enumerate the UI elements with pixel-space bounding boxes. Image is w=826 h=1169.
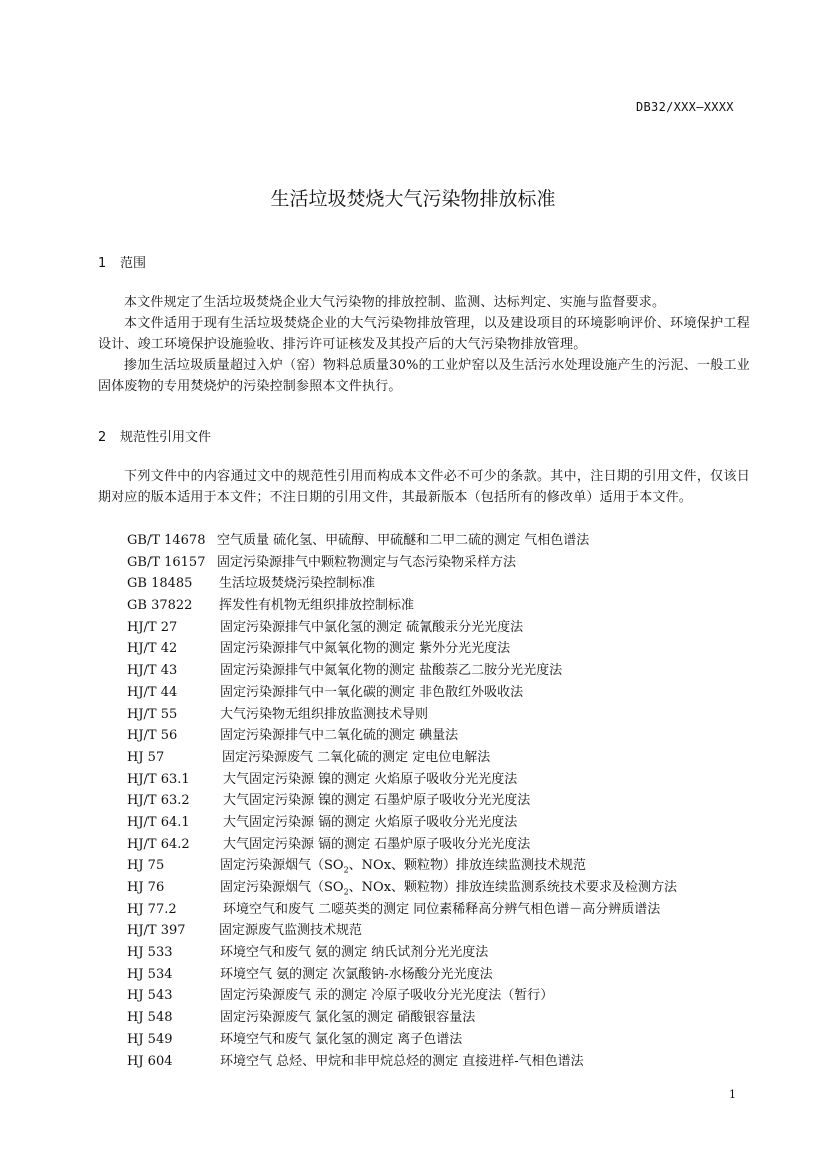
reference-code: HJ/T 42 (127, 638, 177, 660)
reference-item: HJ 75固定污染源烟气（SO2、NOx、颗粒物）排放连续监测技术规范 (127, 855, 757, 877)
reference-item: HJ/T 43固定污染源排气中氮氧化物的测定 盐酸萘乙二胺分光光度法 (127, 660, 757, 682)
reference-item: HJ/T 27固定污染源排气中氯化氢的测定 硫氰酸汞分光光度法 (127, 617, 757, 639)
reference-title: 环境空气和废气 氨的测定 纳氏试剂分光光度法 (220, 942, 488, 964)
reference-title-part: 、NOx、颗粒物）排放连续监测技术规范 (349, 858, 586, 873)
reference-code: HJ 534 (127, 964, 173, 986)
reference-item: HJ/T 56固定污染源排气中二氧化硫的测定 碘量法 (127, 725, 757, 747)
paragraph: 掺加生活垃圾质量超过入炉（窑）物料总质量30%的工业炉窑以及生活污水处理设施产生… (98, 355, 750, 397)
reference-title: 环境空气和废气 氯化氢的测定 离子色谱法 (220, 1029, 462, 1051)
reference-item: HJ 57固定污染源废气 二氧化硫的测定 定电位电解法 (127, 747, 757, 769)
reference-item: HJ 543固定污染源废气 汞的测定 冷原子吸收分光光度法（暂行） (127, 985, 757, 1007)
document-code: DB32/XXX—XXXX (636, 100, 734, 114)
reference-item: HJ/T 42固定污染源排气中氮氧化物的测定 紫外分光光度法 (127, 638, 757, 660)
reference-item: HJ 604环境空气 总烃、甲烷和非甲烷总烃的测定 直接进样-气相色谱法 (127, 1051, 757, 1073)
reference-item: HJ 548固定污染源废气 氯化氢的测定 硝酸银容量法 (127, 1007, 757, 1029)
reference-title: 固定污染源废气 二氧化硫的测定 定电位电解法 (222, 747, 490, 769)
reference-title: 固定污染源排气中氮氧化物的测定 盐酸萘乙二胺分光光度法 (220, 660, 562, 682)
reference-title-part: 、NOx、颗粒物）排放连续监测系统技术要求及检测方法 (349, 880, 677, 895)
reference-title: 大气固定污染源 镍的测定 石墨炉原子吸收分光光度法 (223, 790, 530, 812)
reference-item: HJ/T 63.2大气固定污染源 镍的测定 石墨炉原子吸收分光光度法 (127, 790, 757, 812)
reference-code: HJ/T 43 (127, 660, 177, 682)
reference-title: 固定污染源排气中颗粒物测定与气态污染物采样方法 (217, 552, 516, 574)
reference-code: GB/T 16157 (127, 552, 205, 574)
reference-item: HJ 76固定污染源烟气（SO2、NOx、颗粒物）排放连续监测系统技术要求及检测… (127, 877, 757, 899)
reference-code: HJ/T 55 (127, 704, 177, 726)
reference-code: GB/T 14678 (127, 530, 205, 552)
reference-item: HJ/T 44固定污染源排气中一氧化碳的测定 非色散红外吸收法 (127, 682, 757, 704)
reference-title: 固定污染源排气中一氧化碳的测定 非色散红外吸收法 (220, 682, 523, 704)
reference-code: HJ/T 44 (127, 682, 177, 704)
section-heading-normative-references: 2规范性引用文件 (98, 426, 211, 445)
reference-item: HJ 534环境空气 氨的测定 次氯酸钠-水杨酸分光光度法 (127, 964, 757, 986)
reference-title-part: 固定污染源烟气（SO (220, 880, 344, 895)
reference-item: HJ 533环境空气和废气 氨的测定 纳氏试剂分光光度法 (127, 942, 757, 964)
reference-title-part: 固定污染源烟气（SO (220, 858, 344, 873)
reference-code: HJ 604 (127, 1051, 173, 1073)
reference-code: HJ/T 64.1 (127, 812, 190, 834)
page-number: 1 (729, 1088, 736, 1101)
reference-title: 固定污染源废气 汞的测定 冷原子吸收分光光度法（暂行） (220, 985, 553, 1007)
reference-item: HJ 549环境空气和废气 氯化氢的测定 离子色谱法 (127, 1029, 757, 1051)
reference-item: GB 37822挥发性有机物无组织排放控制标准 (127, 595, 757, 617)
paragraph: 本文件适用于现有生活垃圾焚烧企业的大气污染物排放管理，以及建设项目的环境影响评价… (98, 313, 750, 355)
reference-title: 固定污染源排气中二氧化硫的测定 碘量法 (220, 725, 458, 747)
reference-code: HJ 549 (127, 1029, 173, 1051)
reference-title: 生活垃圾焚烧污染控制标准 (219, 573, 375, 595)
reference-item: HJ/T 64.2大气固定污染源 镉的测定 石墨炉原子吸收分光光度法 (127, 834, 757, 856)
reference-code: HJ/T 397 (127, 920, 186, 942)
reference-code: HJ 543 (127, 985, 173, 1007)
reference-title: 大气污染物无组织排放监测技术导则 (220, 704, 428, 726)
reference-title: 环境空气 氨的测定 次氯酸钠-水杨酸分光光度法 (220, 964, 493, 986)
reference-title: 大气固定污染源 镍的测定 火焰原子吸收分光光度法 (223, 769, 517, 791)
reference-title: 环境空气 总烃、甲烷和非甲烷总烃的测定 直接进样-气相色谱法 (220, 1051, 584, 1073)
reference-title: 固定污染源排气中氯化氢的测定 硫氰酸汞分光光度法 (220, 617, 523, 639)
reference-code: HJ 75 (127, 855, 164, 877)
reference-item: HJ/T 397固定源废气监测技术规范 (127, 920, 757, 942)
reference-code: HJ 57 (127, 747, 164, 769)
reference-list: GB/T 14678空气质量 硫化氢、甲硫醇、甲硫醚和二甲二硫的测定 气相色谱法… (127, 530, 757, 1072)
section-number: 1 (98, 256, 120, 271)
reference-code: HJ/T 64.2 (127, 834, 190, 856)
section-heading-scope: 1范围 (98, 252, 146, 271)
reference-item: GB 18485生活垃圾焚烧污染控制标准 (127, 573, 757, 595)
paragraph: 下列文件中的内容通过文中的规范性引用而构成本文件必不可少的条款。其中，注日期的引… (98, 466, 750, 508)
reference-item: HJ/T 64.1大气固定污染源 镉的测定 火焰原子吸收分光光度法 (127, 812, 757, 834)
reference-item: GB/T 16157固定污染源排气中颗粒物测定与气态污染物采样方法 (127, 552, 757, 574)
reference-title: 环境空气和废气 二噁英类的测定 同位素稀释高分辨气相色谱－高分辨质谱法 (223, 899, 660, 921)
reference-item: GB/T 14678空气质量 硫化氢、甲硫醇、甲硫醚和二甲二硫的测定 气相色谱法 (127, 530, 757, 552)
reference-code: HJ 77.2 (127, 899, 177, 921)
reference-code: HJ/T 56 (127, 725, 177, 747)
reference-title: 固定源废气监测技术规范 (219, 920, 362, 942)
paragraph: 本文件规定了生活垃圾焚烧企业大气污染物的排放控制、监测、达标判定、实施与监督要求… (98, 292, 750, 313)
reference-item: HJ/T 55大气污染物无组织排放监测技术导则 (127, 704, 757, 726)
section-title: 范围 (120, 256, 146, 271)
reference-item: HJ/T 63.1大气固定污染源 镍的测定 火焰原子吸收分光光度法 (127, 769, 757, 791)
reference-title: 挥发性有机物无组织排放控制标准 (219, 595, 414, 617)
page-title: 生活垃圾焚烧大气污染物排放标准 (0, 184, 826, 211)
reference-title: 固定污染源排气中氮氧化物的测定 紫外分光光度法 (220, 638, 510, 660)
reference-item: HJ 77.2环境空气和废气 二噁英类的测定 同位素稀释高分辨气相色谱－高分辨质… (127, 899, 757, 921)
reference-code: GB 18485 (127, 573, 192, 595)
reference-title: 固定污染源废气 氯化氢的测定 硝酸银容量法 (220, 1007, 475, 1029)
section-title: 规范性引用文件 (120, 430, 211, 445)
reference-code: HJ 548 (127, 1007, 173, 1029)
reference-code: HJ 533 (127, 942, 173, 964)
reference-title: 空气质量 硫化氢、甲硫醇、甲硫醚和二甲二硫的测定 气相色谱法 (217, 530, 589, 552)
reference-code: HJ/T 63.2 (127, 790, 190, 812)
reference-code: GB 37822 (127, 595, 192, 617)
reference-code: HJ/T 63.1 (127, 769, 190, 791)
reference-title: 大气固定污染源 镉的测定 火焰原子吸收分光光度法 (223, 812, 517, 834)
reference-title: 大气固定污染源 镉的测定 石墨炉原子吸收分光光度法 (223, 834, 530, 856)
reference-code: HJ 76 (127, 877, 164, 899)
reference-code: HJ/T 27 (127, 617, 177, 639)
section-number: 2 (98, 430, 120, 445)
